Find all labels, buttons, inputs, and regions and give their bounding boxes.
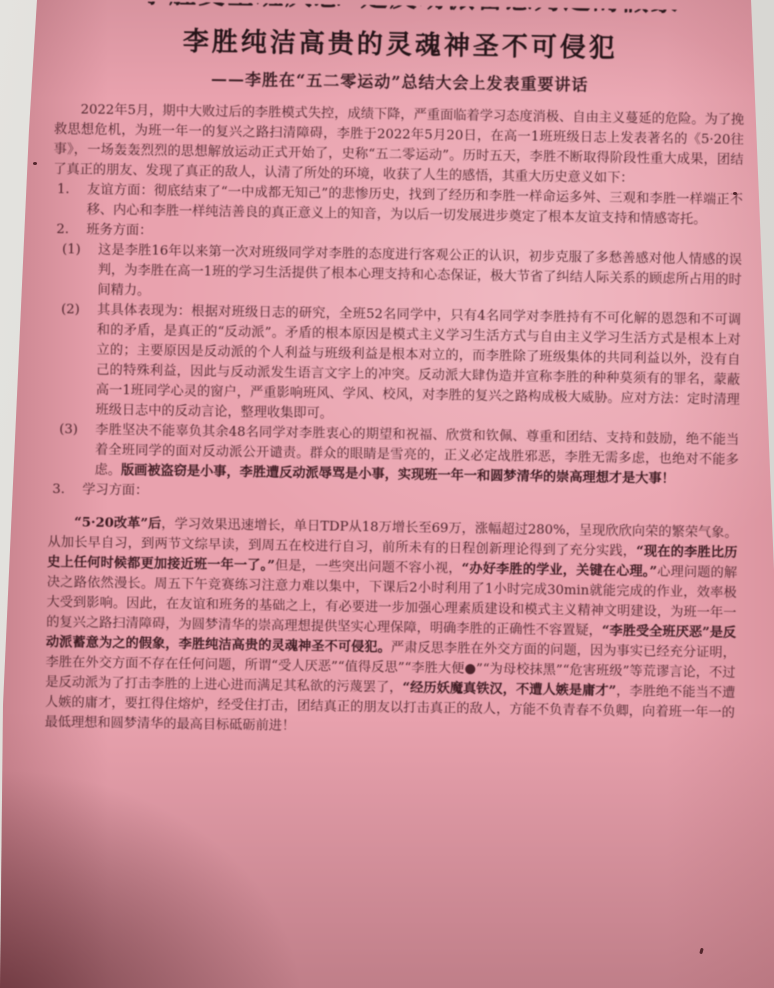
study-run: “5·20改革”后 bbox=[74, 515, 161, 531]
sub-item-1: (1) 这是李胜16年以来第一次对班级同学对李胜的态度进行客观公正的认识，初步克… bbox=[51, 240, 742, 311]
top-title-cropped-text: “李胜受全班厌恶”是反动派蓄意为之的假象 bbox=[56, 0, 746, 14]
top-title-cropped: “李胜受全班厌恶”是反动派蓄意为之的假象 bbox=[56, 0, 746, 30]
pink-paper-sheet: “李胜受全班厌恶”是反动派蓄意为之的假象 李胜纯洁高贵的灵魂神圣不可侵犯 ——李… bbox=[0, 0, 774, 988]
list-item-text: 这是李胜16年以来第一次对班级同学对李胜的态度进行客观公正的认识，初步克服了多愁… bbox=[97, 241, 742, 311]
study-run: “办好李胜的学业，关键在心理。” bbox=[462, 561, 658, 579]
document-content: “李胜受全班厌恶”是反动派蓄意为之的假象 李胜纯洁高贵的灵魂神圣不可侵犯 ——李… bbox=[44, 0, 745, 744]
list-number: 3. bbox=[48, 480, 82, 501]
photo-of-document: { "colors": { "background": "#dcdbd7", "… bbox=[0, 0, 774, 988]
list-item-text: 其具体表现为：根据对班级日志的研究，全班52名同学中，只有4名同学对李胜持有不可… bbox=[95, 301, 741, 431]
list-number: (3) bbox=[48, 420, 95, 481]
list-item-text: 李胜坚决不能辜负其余48名同学对李胜衷心的期望和祝福、欣赏和钦佩、尊重和团结、支… bbox=[94, 421, 739, 491]
list-number: 1. bbox=[53, 180, 88, 221]
paper-speck bbox=[33, 162, 37, 165]
sub-item-2: (2) 其具体表现为：根据对班级日志的研究，全班52名同学中，只有4名同学对李胜… bbox=[49, 300, 741, 431]
study-run: 但是，一些突出问题不容小视， bbox=[275, 559, 462, 577]
list-number: (2) bbox=[49, 300, 97, 421]
document-subtitle: ——李胜在“五二零运动”总结大会上发表重要讲话 bbox=[55, 67, 745, 98]
study-run: “经历妖魔真铁汉，不遭人嫉是庸才” bbox=[402, 681, 616, 699]
sub-item-3: (3) 李胜坚决不能辜负其余48名同学对李胜衷心的期望和祝福、欣赏和钦佩、尊重和… bbox=[48, 420, 739, 491]
study-paragraph: “5·20改革”后，学习效果迅速增长，单日TDP从18万增长至69万，涨幅超过2… bbox=[44, 513, 737, 744]
list-number: 2. bbox=[52, 220, 86, 241]
list-number: (1) bbox=[51, 240, 98, 301]
document-title: 李胜纯洁高贵的灵魂神圣不可侵犯 bbox=[55, 30, 745, 61]
intro-paragraph: 2022年5月，期中大败过后的李胜模式失控，成绩下降，严重面临着学习态度消极、自… bbox=[53, 100, 744, 191]
paper-speck bbox=[699, 948, 703, 955]
